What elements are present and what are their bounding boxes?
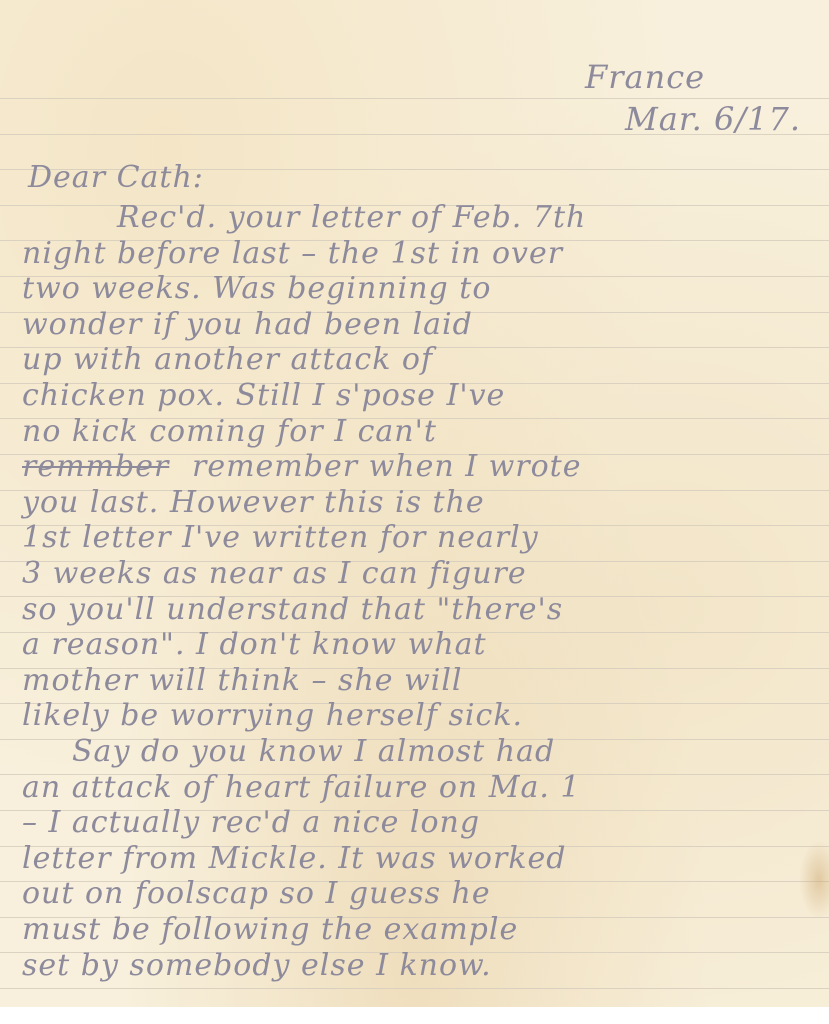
letter-line: you last. However this is the <box>22 485 485 520</box>
letter-line: – I actually rec'd a nice long <box>22 805 480 840</box>
letter-place: France <box>585 58 705 96</box>
letter-line: letter from Mickle. It was worked <box>22 841 566 876</box>
struck-word: remmber <box>22 449 169 484</box>
letter-line: likely be worrying herself sick. <box>22 698 523 733</box>
rule-line <box>0 98 829 99</box>
letter-line: wonder if you had been laid <box>22 307 473 342</box>
letter-line: 1st letter I've written for nearly <box>22 520 539 555</box>
letter-line: no kick coming for I can't <box>22 414 437 449</box>
letter-line: Rec'd. your letter of Feb. 7th <box>117 200 586 235</box>
letter-line: 3 weeks as near as I can figure <box>22 556 527 591</box>
letter-line: up with another attack of <box>22 342 433 377</box>
letter-line: so you'll understand that "there's <box>22 592 563 627</box>
letter-line: must be following the example <box>22 912 518 947</box>
letter-line: two weeks. Was beginning to <box>22 271 491 306</box>
letter-date: Mar. 6/17. <box>625 100 801 138</box>
letter-salutation: Dear Cath: <box>28 160 204 195</box>
letter-line: out on foolscap so I guess he <box>22 876 491 911</box>
letter-line: an attack of heart failure on Ma. 1 <box>22 770 581 805</box>
letter-line: remember when I wrote <box>192 449 581 484</box>
letter-line: chicken pox. Still I s'pose I've <box>22 378 505 413</box>
letter-line: Say do you know I almost had <box>72 734 555 769</box>
letter-line: set by somebody else I know. <box>22 948 492 983</box>
letter-line: a reason". I don't know what <box>22 627 487 662</box>
letter-page: France Mar. 6/17. Dear Cath: Rec'd. your… <box>0 0 829 1007</box>
letter-line: mother will think – she will <box>22 663 463 698</box>
paper-stain <box>799 840 829 920</box>
letter-line: night before last – the 1st in over <box>22 236 563 271</box>
rule-line <box>0 988 829 989</box>
